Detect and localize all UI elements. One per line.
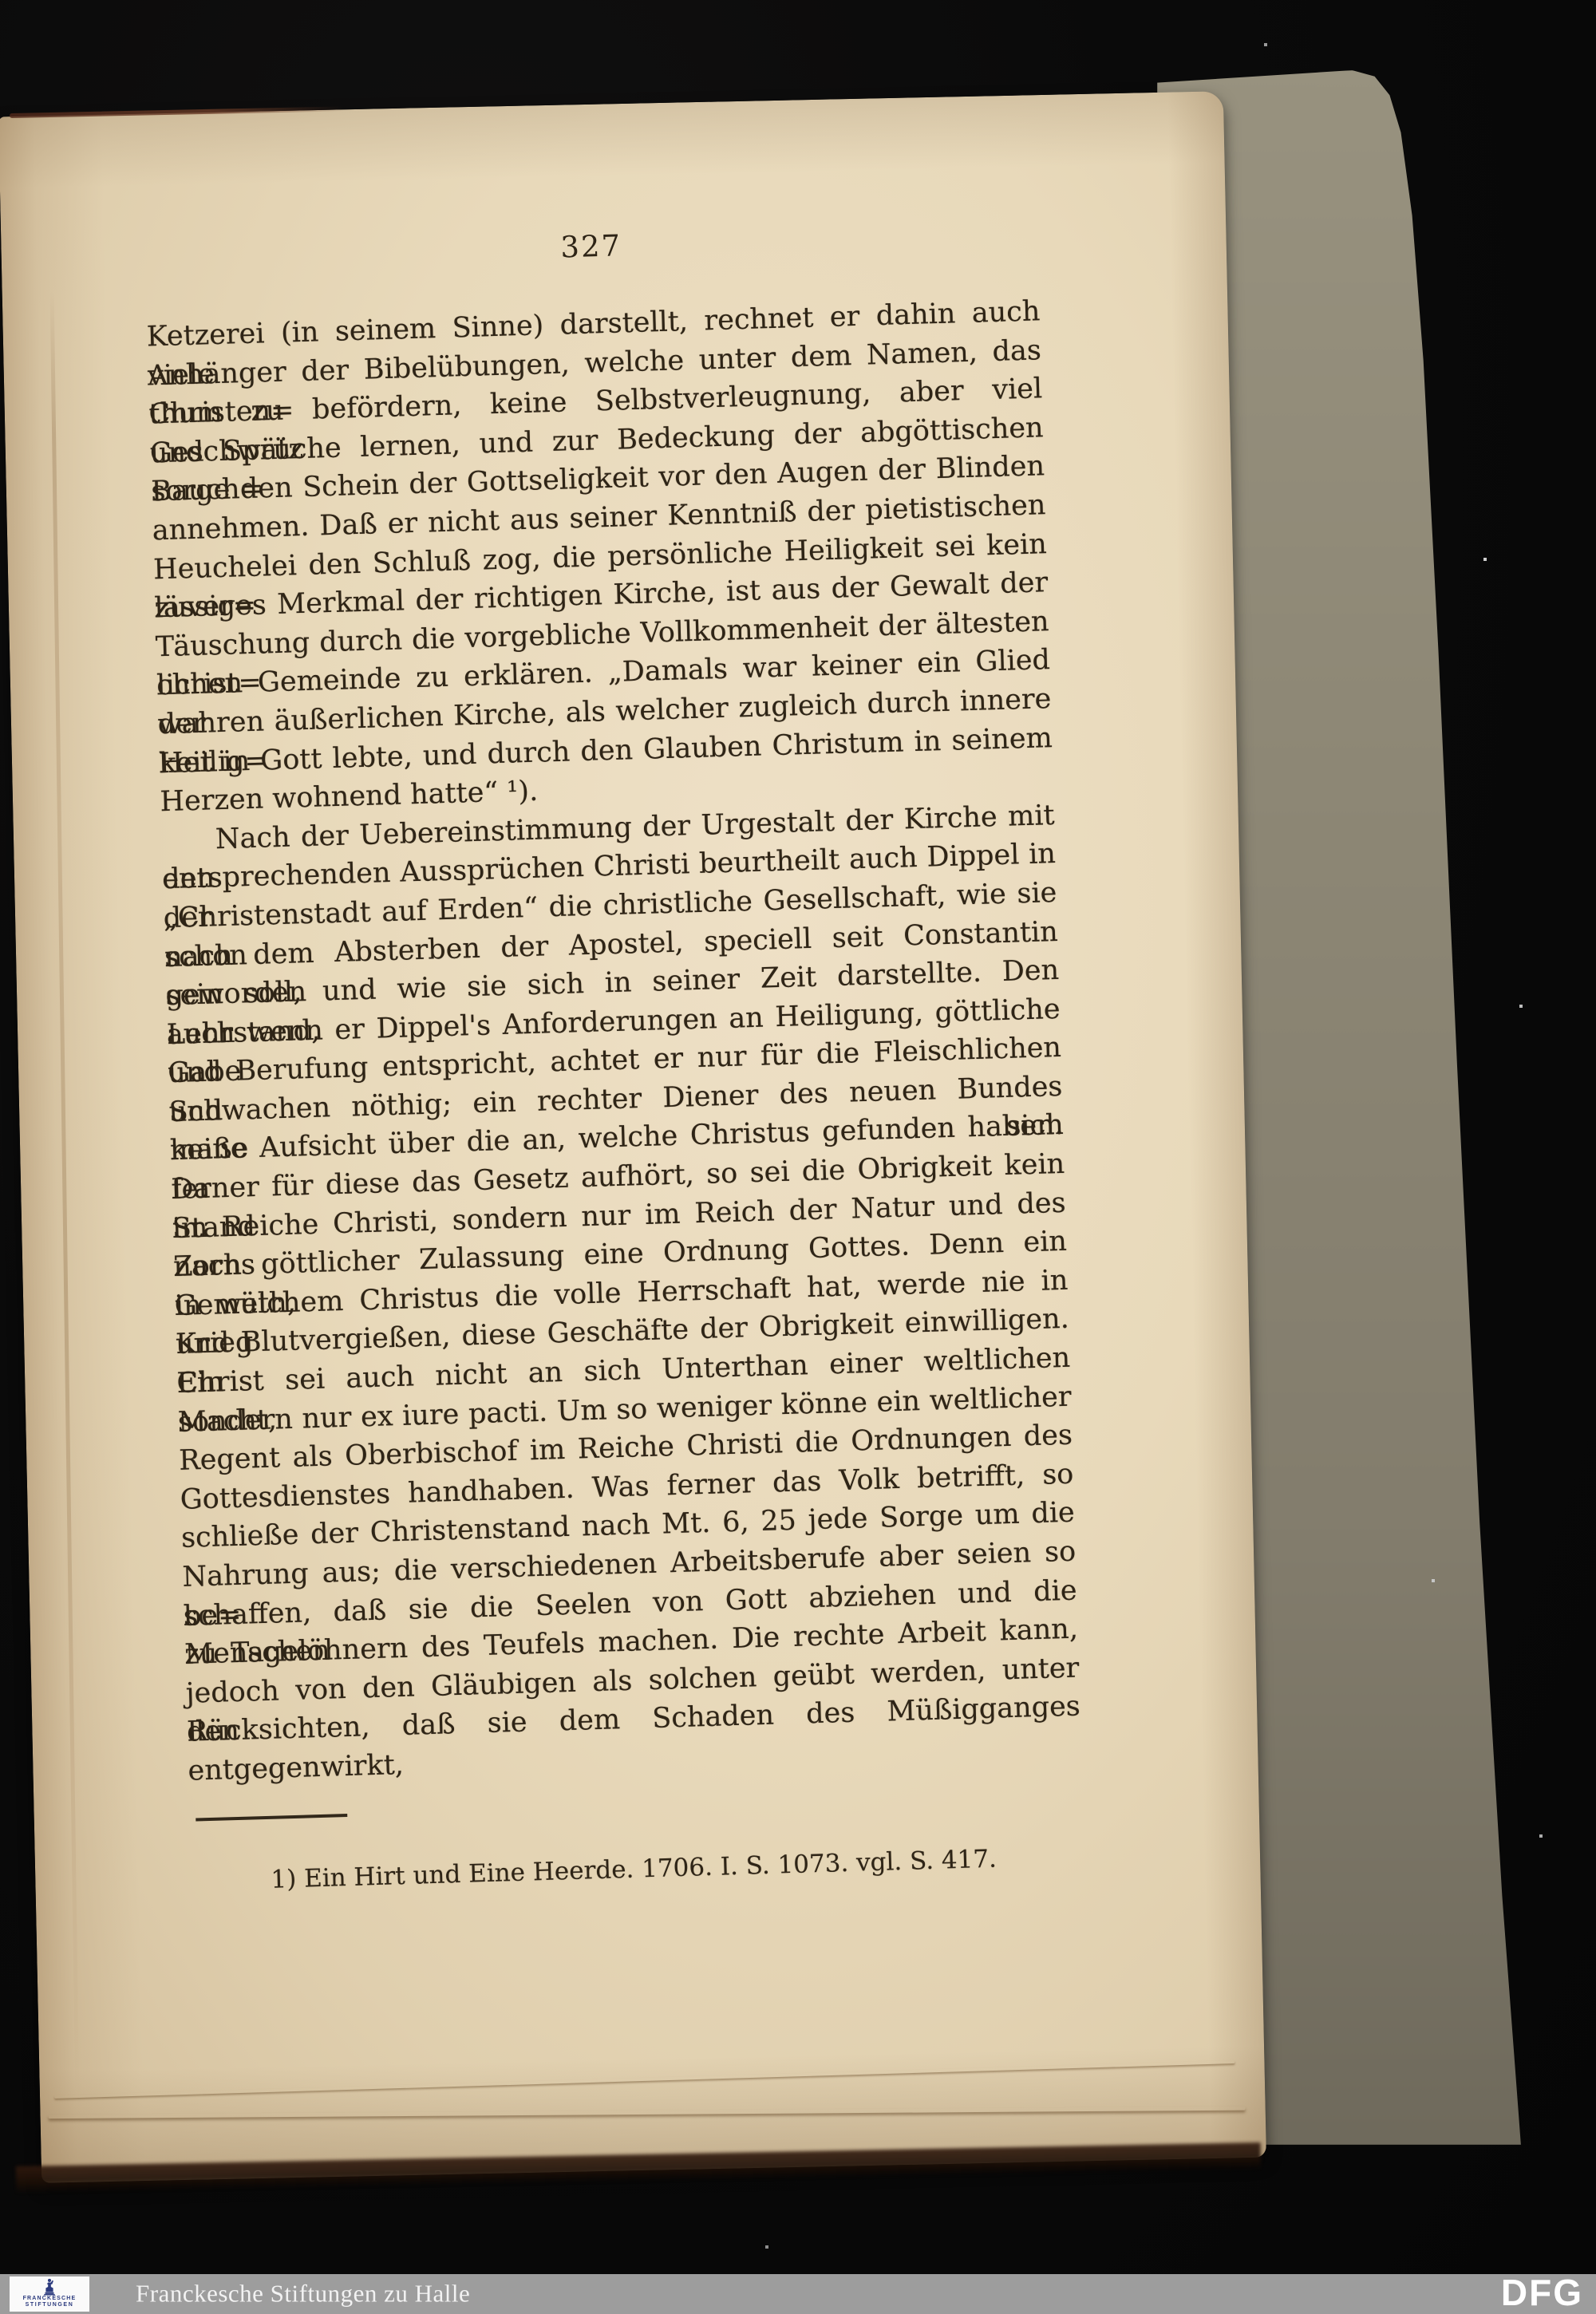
dust-specks (0, 0, 2, 2)
viewer-footer: FRANCKESCHE STIFTUNGEN Franckesche Stift… (0, 2274, 1596, 2314)
body-lines: Ketzerei (in seinem Sinne) darstellt, re… (146, 292, 1080, 1751)
printed-text: 327 Ketzerei (in seinem Sinne) darstellt… (144, 217, 1084, 1896)
book-headband (0, 47, 41, 81)
footnote-rule (196, 1814, 347, 1821)
dfg-logo: DFG (1501, 2271, 1583, 2314)
logo-text-line1: FRANCKESCHE (23, 2296, 77, 2302)
francke-statue-icon (41, 2278, 58, 2296)
logo-text-line2: STIFTUNGEN (26, 2302, 74, 2308)
institution-name: Franckesche Stiftungen zu Halle (136, 2279, 470, 2308)
page-curl-line (54, 2060, 1235, 2099)
page-top-edge (10, 106, 345, 118)
scan-viewport: 327 Ketzerei (in seinem Sinne) darstellt… (0, 0, 1596, 2314)
franckesche-stiftungen-logo: FRANCKESCHE STIFTUNGEN (10, 2276, 89, 2312)
gutter-crease (50, 291, 80, 2111)
page-curl-line (49, 2107, 1246, 2119)
